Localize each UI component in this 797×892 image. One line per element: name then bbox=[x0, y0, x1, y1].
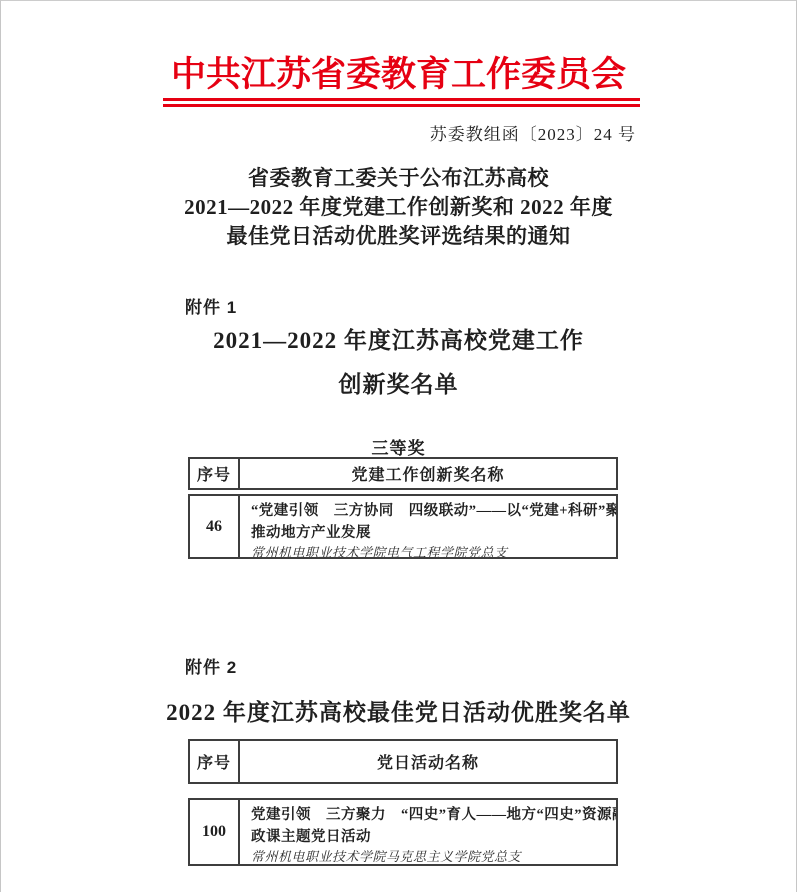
attachment2-title: 2022 年度江苏高校最佳党日活动优胜奖名单 bbox=[1, 696, 796, 730]
document-page: 中共江苏省委教育工作委员会 苏委教组函〔2023〕24 号 省委教育工委关于公布… bbox=[0, 0, 797, 892]
table2-header-name: 党日活动名称 bbox=[240, 741, 616, 782]
attachment1-label: 附件 1 bbox=[185, 293, 237, 318]
activity-name-line-1: 党建引领 三方聚力 “四史”育人——地方“四史”资源融入思 bbox=[251, 804, 606, 826]
award-org-name: 常州机电职业技术学院电气工程学院党总支 bbox=[251, 544, 606, 557]
table2-header-row: 序号 党日活动名称 bbox=[188, 739, 618, 784]
attachment1-title-line-1: 2021—2022 年度江苏高校党建工作 bbox=[1, 319, 796, 363]
notice-title: 省委教育工委关于公布江苏高校 2021—2022 年度党建工作创新奖和 2022… bbox=[1, 164, 796, 251]
table1-row-content: “党建引领 三方协同 四级联动”——以“党建+科研”聚势赋能 推动地方产业发展 … bbox=[240, 496, 616, 557]
table1-header-no: 序号 bbox=[190, 459, 240, 488]
table2-row-content: 党建引领 三方聚力 “四史”育人——地方“四史”资源融入思 政课主题党日活动 常… bbox=[240, 800, 616, 864]
table1-row-number: 46 bbox=[190, 496, 240, 557]
notice-title-line-1: 省委教育工委关于公布江苏高校 bbox=[1, 164, 796, 193]
prize-tier-heading: 三等奖 bbox=[1, 434, 796, 459]
table1-header-name: 党建工作创新奖名称 bbox=[240, 459, 616, 488]
notice-title-line-2: 2021—2022 年度党建工作创新奖和 2022 年度 bbox=[1, 193, 796, 222]
letterhead-org-title: 中共江苏省委教育工作委员会 bbox=[1, 47, 796, 97]
attachment1-title: 2021—2022 年度江苏高校党建工作 创新奖名单 bbox=[1, 319, 796, 407]
attachment2-label: 附件 2 bbox=[185, 653, 237, 678]
activity-org-name: 常州机电职业技术学院马克思主义学院党总支 bbox=[251, 848, 606, 864]
award-name-line-1: “党建引领 三方协同 四级联动”——以“党建+科研”聚势赋能 bbox=[251, 500, 606, 522]
award-name-line-2: 推动地方产业发展 bbox=[251, 522, 606, 544]
table2-row-number: 100 bbox=[190, 800, 240, 864]
table1-header-row: 序号 党建工作创新奖名称 bbox=[188, 457, 618, 490]
table2-header-no: 序号 bbox=[190, 741, 240, 782]
activity-name-line-2: 政课主题党日活动 bbox=[251, 826, 606, 848]
attachment2-title-line-1: 2022 年度江苏高校最佳党日活动优胜奖名单 bbox=[1, 696, 796, 730]
document-number: 苏委教组函〔2023〕24 号 bbox=[1, 120, 636, 145]
notice-title-line-3: 最佳党日活动优胜奖评选结果的通知 bbox=[1, 222, 796, 251]
letterhead-divider-rule bbox=[163, 98, 640, 107]
table1-data-row: 46 “党建引领 三方协同 四级联动”——以“党建+科研”聚势赋能 推动地方产业… bbox=[188, 494, 618, 559]
attachment1-title-line-2: 创新奖名单 bbox=[1, 363, 796, 407]
table2-data-row: 100 党建引领 三方聚力 “四史”育人——地方“四史”资源融入思 政课主题党日… bbox=[188, 798, 618, 866]
